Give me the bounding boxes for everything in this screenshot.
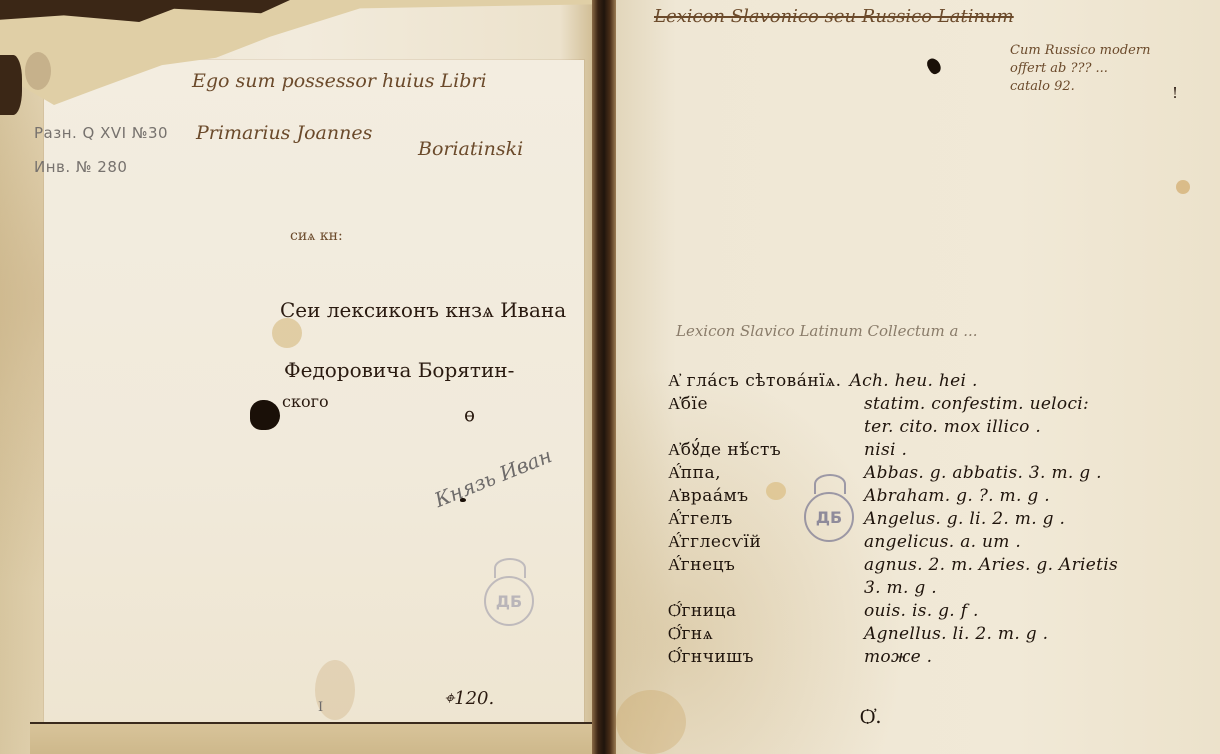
entry-latin: 3. m. g . <box>864 578 937 598</box>
lexicon-entry: А҆́гглесѵїй angelicus. a. um . <box>668 529 1188 552</box>
manuscript-spread: Разн. Q XVI №30 Инв. № 280 Ego sum posse… <box>0 0 1220 754</box>
bottom-paper-strip <box>30 722 598 754</box>
margin-mark: ! <box>1172 84 1178 102</box>
left-page: Разн. Q XVI №30 Инв. № 280 Ego sum posse… <box>0 0 598 754</box>
entry-slavonic: А҆́гнецъ <box>668 555 864 575</box>
lexicon-entry: Ѻ҆́гнѧ Agnellus. li. 2. m. g . <box>668 621 1188 644</box>
entry-latin: Abbas. g. abbatis. 3. m. g . <box>864 463 1102 483</box>
entry-slavonic: Ѻ҆́гница <box>668 601 864 621</box>
lexicon-entry: 3. m. g . <box>668 575 1188 598</box>
slavonic-line-1: Сеи лексиконъ кнзѧ Ивана <box>280 298 566 323</box>
library-stamp: ДБ <box>482 558 534 630</box>
stamp-seal: ДБ <box>804 492 854 542</box>
shelfmark-line-1: Разн. Q XVI №30 <box>34 124 168 142</box>
ownership-line-1: Ego sum possessor huius Libri <box>192 70 487 92</box>
stamp-seal: ДБ <box>484 576 534 626</box>
ownership-line-2: Primarius Joannes <box>196 122 372 144</box>
struck-title: Lexicon Slavonico seu Russico Latinum <box>654 6 1014 27</box>
entry-latin: Angelus. g. li. 2. m. g . <box>864 509 1065 529</box>
entry-latin: ter. cito. mox illico . <box>864 417 1041 437</box>
entry-latin: nisi . <box>864 440 907 460</box>
lexicon-entry: ter. cito. mox illico . <box>668 414 1188 437</box>
entry-latin: Agnellus. li. 2. m. g . <box>864 624 1048 644</box>
lexicon-entry: А҆́ггелъ Angelus. g. li. 2. m. g . <box>668 506 1188 529</box>
entry-slavonic: Ѻ҆́гнѧ <box>668 624 864 644</box>
ink-mark <box>925 56 943 76</box>
margin-note: Cum Russico modern offert ab ??? ... cat… <box>1010 42 1150 96</box>
entry-latin: Abraham. g. ?. m. g . <box>864 486 1050 506</box>
entry-slavonic: А҆бїе <box>668 394 864 414</box>
lexicon-heading: Lexicon Slavico Latinum Collectum a ... <box>676 322 978 340</box>
stain <box>1176 180 1190 194</box>
entry-slavonic: А҆бꙋ́де нѣ́стъ <box>668 437 864 460</box>
lexicon-entry: Ѻ҆́гнчишъ тоже . <box>668 644 1188 667</box>
crown-icon <box>494 558 526 578</box>
lexicon-entry: А҆́гнецъ agnus. 2. m. Aries. g. Arietis <box>668 552 1188 575</box>
slavonic-mark: ѳ <box>464 402 475 426</box>
library-stamp-right: ДБ <box>802 474 854 546</box>
lexicon-entries: А҆ гла́съ сѣтова́нїѧ. Ach. heu. hei . А҆… <box>668 368 1188 667</box>
ink-blot <box>250 400 280 430</box>
entry-slavonic: А҆ гла́съ сѣтова́нїѧ. <box>668 371 842 391</box>
shelfmark-line-2: Инв. № 280 <box>34 158 127 176</box>
lexicon-entry: А҆бїе statim. confestim. ueloci: <box>668 391 1188 414</box>
lexicon-entry: А҆бꙋ́де нѣ́стъ nisi . <box>668 437 1188 460</box>
ownership-line-3: Boriatinski <box>418 138 523 160</box>
slavonic-line-2: Федоровича Борятин- <box>284 358 514 382</box>
lexicon-entry: Ѻ҆́гница ouis. is. g. f . <box>668 598 1188 621</box>
stain <box>616 690 686 754</box>
book-gutter <box>592 0 616 754</box>
slavonic-line-3: ского <box>282 392 329 411</box>
torn-binding-left <box>0 55 22 115</box>
lexicon-entry: А҆враа́мъ Abraham. g. ?. m. g . <box>668 483 1188 506</box>
lexicon-entry: А҆́ппа, Abbas. g. abbatis. 3. m. g . <box>668 460 1188 483</box>
crown-icon <box>814 474 846 494</box>
entry-latin: Ach. heu. hei . <box>850 371 978 391</box>
entry-latin: agnus. 2. m. Aries. g. Arietis <box>864 555 1118 575</box>
lexicon-entry: А҆ гла́съ сѣтова́нїѧ. Ach. heu. hei . <box>668 368 1188 391</box>
stain <box>25 52 51 90</box>
entry-latin: statim. confestim. ueloci: <box>864 394 1089 414</box>
entry-latin: тоже . <box>864 647 932 667</box>
folio-mark: ⌖120. <box>444 688 494 709</box>
slavonic-abbrev: сиѧ кн: <box>290 228 343 245</box>
catchword: Ѻ҆. <box>860 704 882 729</box>
entry-latin: angelicus. a. um . <box>864 532 1021 552</box>
bottom-mark: I <box>318 700 323 715</box>
entry-slavonic: Ѻ҆́гнчишъ <box>668 647 864 667</box>
entry-latin: ouis. is. g. f . <box>864 601 979 621</box>
